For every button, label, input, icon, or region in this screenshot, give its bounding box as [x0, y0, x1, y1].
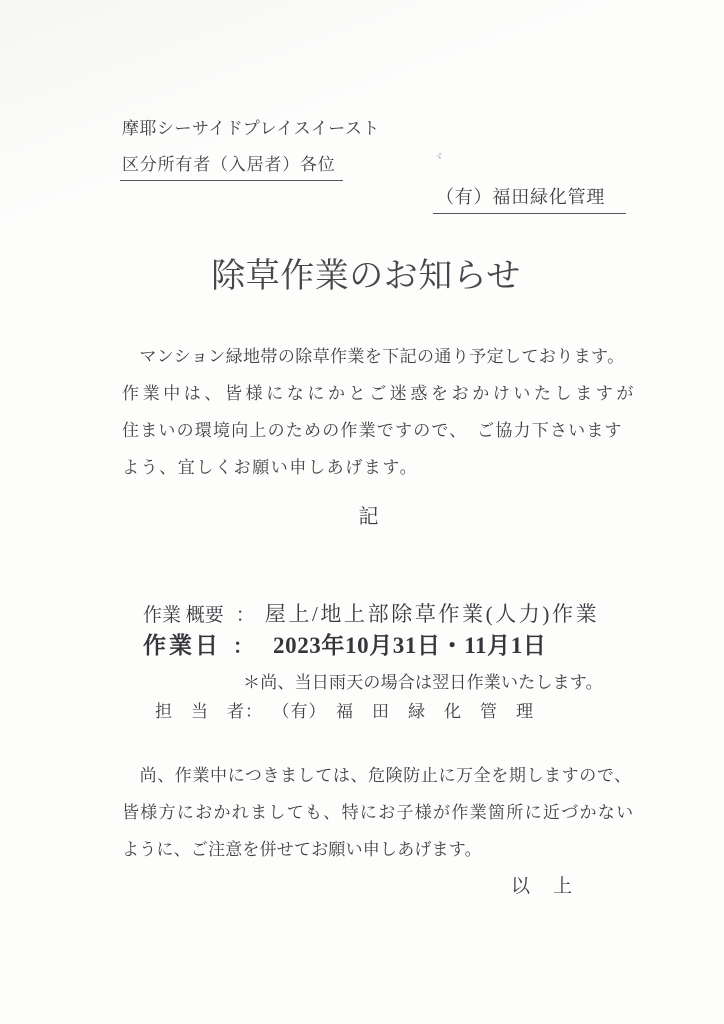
intro-paragraph: マンション緑地帯の除草作業を下記の通り予定しております。 作業中は、皆様になにか… [122, 338, 637, 486]
intro-line: 作業中は、皆様になにかとご迷惑をおかけいたしますが [122, 375, 637, 412]
work-date-value: 2023年10月31日・11月1日 [273, 633, 546, 658]
staff-company-value: （有） 福 田 緑 化 管 理 [281, 702, 534, 721]
work-date-row: 作業日：2023年10月31日・11月1日 [143, 627, 546, 660]
intro-line: マンション緑地帯の除草作業を下記の通り予定しております。 [122, 338, 637, 375]
addressee-building-name: 摩耶シーサイドプレイスイースト [122, 114, 380, 139]
document-title: 除草作業のお知らせ [0, 248, 724, 297]
closing-mark-ijou: 以 上 [511, 871, 574, 898]
work-summary-value: 屋上/地上部除草作業(人力)作業 [265, 602, 599, 626]
closing-paragraph: 尚、作業中につきましては、危険防止に万全を期しますので、 皆様方におかれましても… [122, 757, 634, 868]
notice-document: 摩耶シーサイドプレイスイースト 区分所有者（入居者）各位 ヾ （有）福田緑化管理… [0, 0, 724, 1024]
addressee-residents-line: 区分所有者（入居者）各位 [120, 150, 343, 181]
work-summary-label: 作業 概要 [143, 605, 224, 626]
scan-artifact-mark: ヾ [431, 148, 446, 166]
work-summary-row: 作業 概要：屋上/地上部除草作業(人力)作業 [143, 598, 599, 628]
staff-label: 担 当 者： [155, 702, 263, 721]
rain-postponement-note: ＊尚、当日雨天の場合は翌日作業いたします。 [243, 668, 603, 693]
closing-line: 皆様方におかれましても、特にお子様が作業箇所に近づかない [122, 794, 634, 831]
record-marker: 記 [0, 500, 724, 529]
intro-line: よう、宜しくお願い申しあげます。 [122, 449, 637, 486]
closing-line: ように、ご注意を併せてお願い申しあげます。 [122, 831, 634, 868]
sender-company-name: （有）福田緑化管理 [433, 183, 626, 214]
staff-row: 担 当 者：（有） 福 田 緑 化 管 理 [155, 697, 534, 722]
work-date-label: 作業日 [143, 633, 221, 658]
closing-line: 尚、作業中につきましては、危険防止に万全を期しますので、 [122, 757, 634, 794]
work-summary-colon: ： [236, 605, 255, 626]
work-date-colon: ： [233, 636, 253, 658]
intro-line: 住まいの環境向上のための作業ですので、 ご協力下さいます [122, 412, 637, 449]
